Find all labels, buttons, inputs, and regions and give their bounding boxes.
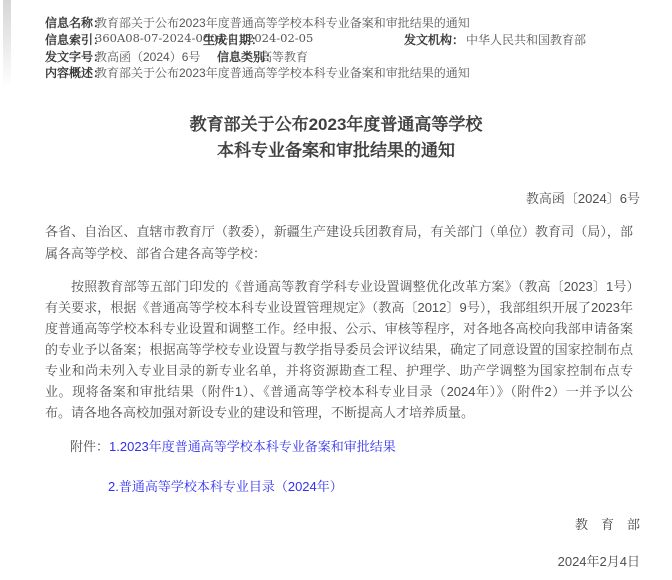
salutation-paragraph: 各省、自治区、直辖市教育厅（教委），新疆生产建设兵团教育局，有关部门（单位）教育… <box>45 221 633 265</box>
signature-agency: 教 育 部 <box>575 514 640 533</box>
meta-doc-no-value: 教高函（2024）6号 <box>95 48 200 65</box>
page-title-line2: 本科专业备案和审批结果的通知 <box>0 138 672 164</box>
meta-agency-label: 发文机构： <box>404 31 464 48</box>
attachment-link-1[interactable]: 1.2023年度普通高等学校本科专业备案和审批结果 <box>109 439 396 454</box>
attachments-line-2: 2.普通高等学校本科专业目录（2024年） <box>108 476 343 495</box>
signature-date: 2024年2月4日 <box>558 551 640 570</box>
meta-agency-value: 中华人民共和国教育部 <box>466 31 586 48</box>
meta-gen-date-value: 2024-02-05 <box>247 31 313 45</box>
meta-name-value: 教育部关于公布2023年度普通高等学校本科专业备案和审批结果的通知 <box>95 14 470 31</box>
attachments-label: 附件： <box>70 439 109 454</box>
attachment-link-2[interactable]: 2.普通高等学校本科专业目录（2024年） <box>108 479 343 494</box>
document-number: 教高函〔2024〕6号 <box>526 188 640 207</box>
page-title-line1: 教育部关于公布2023年度普通高等学校 <box>0 112 672 138</box>
body-paragraph: 按照教育部等五部门印发的《普通高等教育学科专业设置调整优化改革方案》（教高〔20… <box>45 276 633 423</box>
meta-category-value: 高等教育 <box>260 48 308 65</box>
page-title: 教育部关于公布2023年度普通高等学校 本科专业备案和审批结果的通知 <box>0 112 672 164</box>
meta-summary-value: 教育部关于公布2023年度普通高等学校本科专业备案和审批结果的通知 <box>95 64 470 81</box>
notice-page: 信息名称： 教育部关于公布2023年度普通高等学校本科专业备案和审批结果的通知 … <box>0 0 672 580</box>
attachments-line-1: 附件：1.2023年度普通高等学校本科专业备案和审批结果 <box>70 436 396 455</box>
page-edge-shadow <box>3 0 11 88</box>
